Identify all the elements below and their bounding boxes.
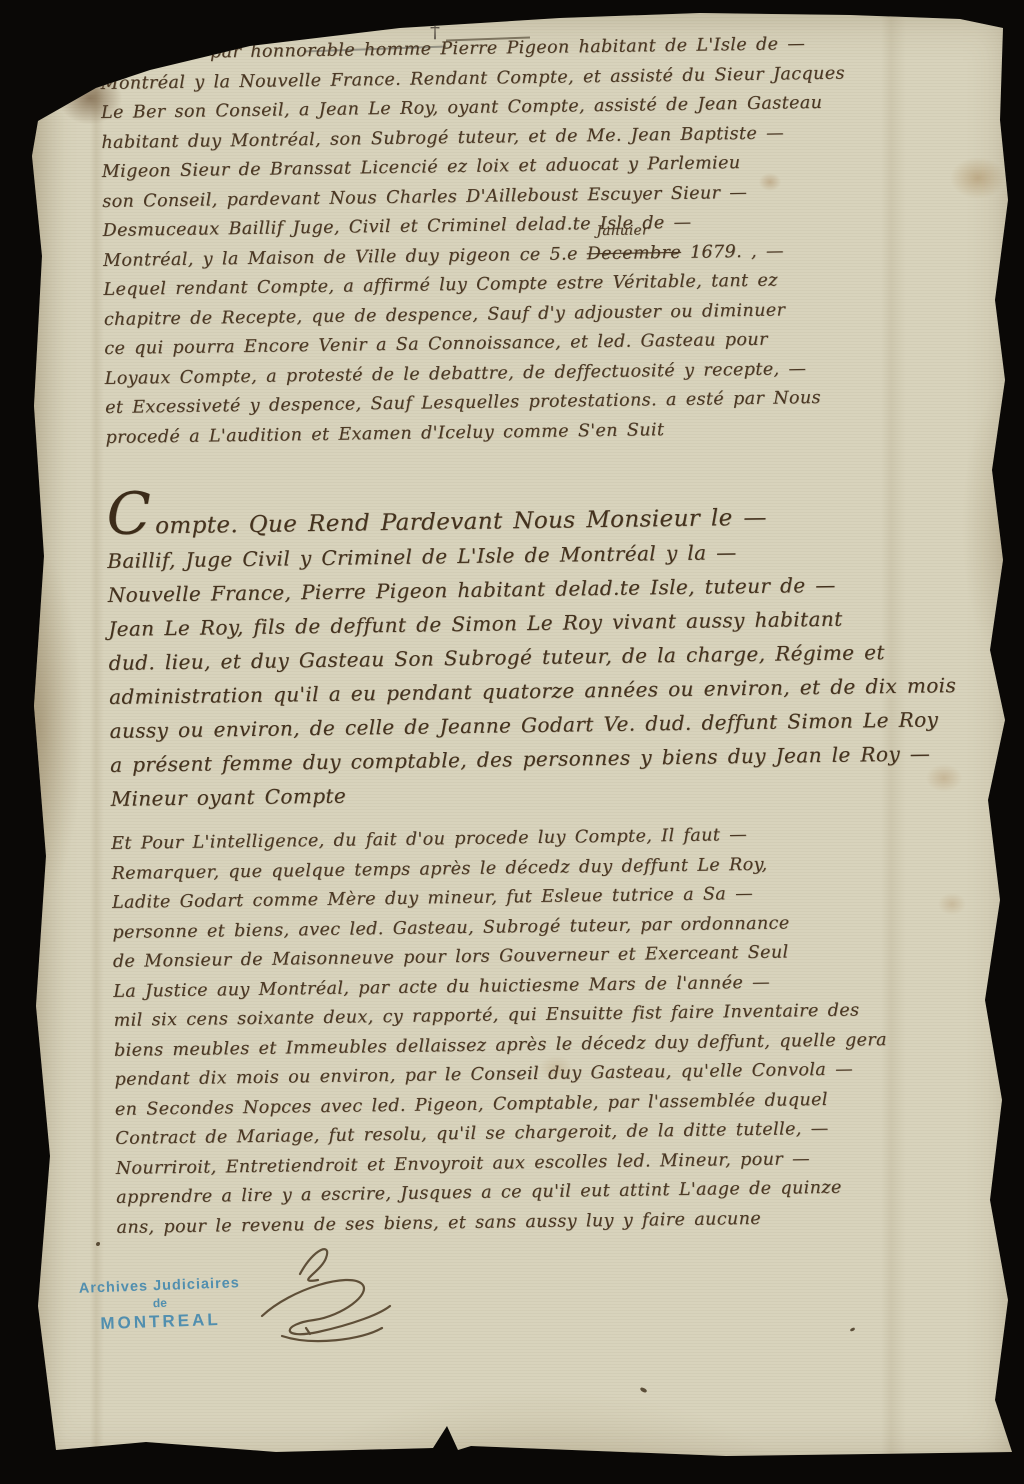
archive-number: 1131 bbox=[218, 15, 297, 45]
date-correction: Januier Decembre bbox=[587, 238, 682, 269]
paragraph-lines: Lequel rendant Compte, a affirmé luy Com… bbox=[103, 263, 1005, 453]
ink-speck bbox=[96, 1242, 100, 1246]
manuscript-page: 25 27 1131 D7, P1 † Présent par honnorab… bbox=[26, 6, 1018, 1470]
classification-code: D7, P1 bbox=[314, 6, 408, 35]
archive-stamp: Archives Judiciaires de MONTREAL bbox=[59, 1275, 261, 1336]
inserted-word-januier: Januier bbox=[596, 224, 649, 238]
ink-speck bbox=[639, 1386, 647, 1393]
paragraph-opening: Présent par honnorable homme Pierre Pige… bbox=[100, 27, 1006, 453]
pencil-folio-number: 25 bbox=[71, 27, 105, 54]
ink-speck bbox=[850, 1327, 856, 1332]
pencil-folio-number-2: 27 bbox=[73, 57, 101, 84]
paragraph-lines: Présent par honnorable homme Pierre Pige… bbox=[100, 27, 1003, 246]
scan-background: 25 27 1131 D7, P1 † Présent par honnorab… bbox=[0, 0, 1024, 1484]
date-line-before: Montréal, y la Maison de Ville duy pigeo… bbox=[103, 244, 578, 271]
date-line-after: 1679. , — bbox=[690, 241, 784, 262]
paragraph-compte: Compte. Que Rend Pardevant Nous Monsieur… bbox=[106, 484, 1010, 816]
paragraph-intelligence: Et Pour L'intelligence, du fait d'ou pro… bbox=[111, 817, 1017, 1243]
struck-word-decembre: Decembre bbox=[587, 242, 682, 263]
manuscript-text: Présent par honnorable homme Pierre Pige… bbox=[100, 27, 1017, 1242]
